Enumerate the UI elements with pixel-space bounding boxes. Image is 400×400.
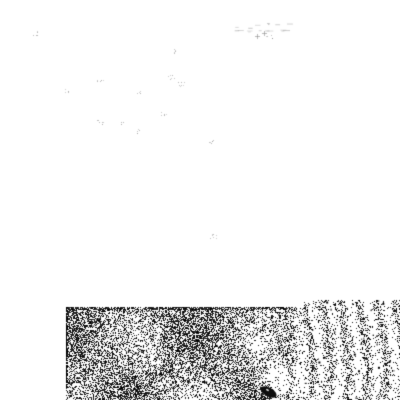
scanned-page: [0, 0, 400, 400]
scan-texture-canvas: [0, 0, 400, 400]
